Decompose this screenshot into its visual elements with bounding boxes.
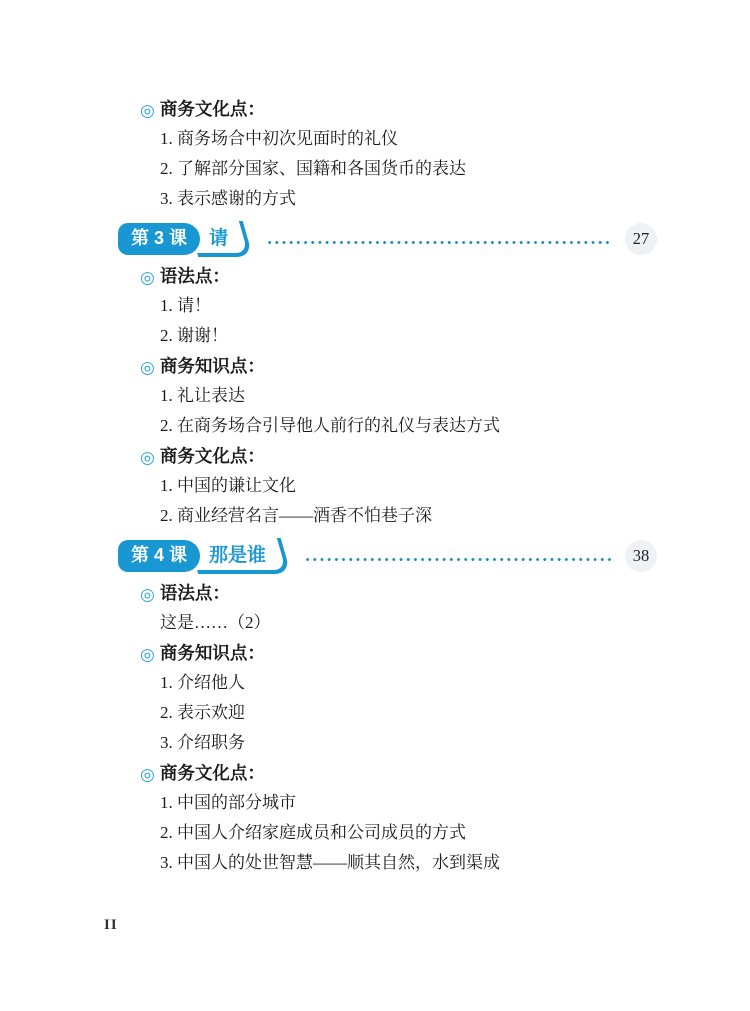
- toc-item: 2. 在商务场合引导他人前行的礼仪与表达方式: [140, 411, 657, 441]
- dotted-leader: [266, 240, 613, 245]
- double-circle-bullet-icon: ◎: [140, 263, 155, 293]
- toc-item: 1. 商务场合中初次见面时的礼仪: [140, 124, 657, 154]
- section-heading: ◎ 商务知识点：: [140, 638, 657, 668]
- lesson3-header: 第 3 课 请 27: [118, 222, 657, 256]
- page-number-badge: 27: [625, 223, 657, 255]
- section-heading-label: 商务文化点：: [160, 758, 265, 788]
- double-circle-bullet-icon: ◎: [140, 580, 155, 610]
- lesson-title: 那是谁: [209, 545, 266, 566]
- double-circle-bullet-icon: ◎: [140, 96, 155, 126]
- lesson-number-badge: 第 4 课: [118, 540, 200, 572]
- toc-item: 2. 中国人介绍家庭成员和公司成员的方式: [140, 818, 657, 848]
- page-number-badge: 38: [625, 540, 657, 572]
- lesson4-section: 第 4 课 那是谁 38 ◎ 语法点： 这是……（2） ◎ 商务知识点： 1. …: [140, 539, 657, 878]
- section-heading-label: 语法点：: [160, 261, 230, 291]
- double-circle-bullet-icon: ◎: [140, 443, 155, 473]
- footer-page-number: II: [104, 917, 118, 934]
- section-heading-label: 商务知识点：: [160, 351, 265, 381]
- toc-item: 3. 表示感谢的方式: [140, 184, 657, 214]
- toc-item: 3. 中国人的处世智慧——顺其自然，水到渠成: [140, 848, 657, 878]
- toc-item: 2. 谢谢！: [140, 321, 657, 351]
- toc-item: 2. 了解部分国家、国籍和各国货币的表达: [140, 154, 657, 184]
- section-heading: ◎ 语法点：: [140, 578, 657, 608]
- section-heading-label: 语法点：: [160, 578, 230, 608]
- section-heading: ◎ 商务文化点：: [140, 441, 657, 471]
- lesson-title: 请: [209, 228, 228, 249]
- lesson-title-tab: 请: [195, 221, 252, 257]
- section-heading: ◎ 商务文化点：: [140, 94, 657, 124]
- lesson-title-tab: 那是谁: [195, 538, 290, 574]
- lesson3-section: 第 3 课 请 27 ◎ 语法点： 1. 请！ 2. 谢谢！ ◎ 商务知识点： …: [140, 222, 657, 531]
- lesson4-header: 第 4 课 那是谁 38: [118, 539, 657, 573]
- section-heading: ◎ 商务文化点：: [140, 758, 657, 788]
- section-heading-label: 商务知识点：: [160, 638, 265, 668]
- dotted-leader: [304, 557, 613, 562]
- double-circle-bullet-icon: ◎: [140, 760, 155, 790]
- toc-item: 1. 中国的谦让文化: [140, 471, 657, 501]
- double-circle-bullet-icon: ◎: [140, 353, 155, 383]
- double-circle-bullet-icon: ◎: [140, 640, 155, 670]
- lesson2-continuation-section: ◎ 商务文化点： 1. 商务场合中初次见面时的礼仪 2. 了解部分国家、国籍和各…: [140, 94, 657, 214]
- toc-item: 1. 请！: [140, 291, 657, 321]
- lesson-number-badge: 第 3 课: [118, 223, 200, 255]
- toc-item: 1. 介绍他人: [140, 668, 657, 698]
- section-heading: ◎ 语法点：: [140, 261, 657, 291]
- toc-item: 1. 礼让表达: [140, 381, 657, 411]
- section-heading-label: 商务文化点：: [160, 441, 265, 471]
- toc-page-content: ◎ 商务文化点： 1. 商务场合中初次见面时的礼仪 2. 了解部分国家、国籍和各…: [0, 0, 750, 878]
- section-heading: ◎ 商务知识点：: [140, 351, 657, 381]
- toc-item: 3. 介绍职务: [140, 728, 657, 758]
- section-heading-label: 商务文化点：: [160, 94, 265, 124]
- toc-item: 这是……（2）: [140, 608, 657, 638]
- toc-item: 2. 商业经营名言——酒香不怕巷子深: [140, 501, 657, 531]
- toc-item: 1. 中国的部分城市: [140, 788, 657, 818]
- toc-item: 2. 表示欢迎: [140, 698, 657, 728]
